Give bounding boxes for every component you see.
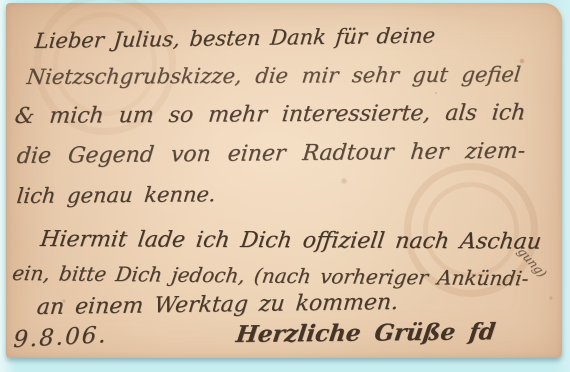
handwriting-line-8: an einem Werktag zu kommen. (36, 290, 400, 320)
handwriting-line-3: & mich um so mehr interessierte, als ich (14, 100, 527, 129)
date: 9.8.06. (13, 322, 109, 353)
handwriting-line-6: Hiermit lade ich Dich offiziell nach Asc… (39, 227, 543, 255)
handwriting-line-7: ein, bitte Dich jedoch, (nach vorheriger… (11, 261, 530, 290)
handwriting-line-1: Lieber Julius, besten Dank für deine (34, 23, 436, 53)
handwriting-line-4: die Gegend von einer Radtour her ziem- (16, 139, 527, 169)
scan-background: Lieber Julius, besten Dank für deine Nie… (0, 0, 570, 372)
signature-line: Herzliche Grüße fd (234, 318, 496, 348)
handwriting-line-5: lich genau kenne. (16, 182, 217, 208)
postcard: Lieber Julius, besten Dank für deine Nie… (6, 3, 562, 358)
handwriting-line-2: Nietzschgrubskizze, die mir sehr gut gef… (26, 62, 522, 89)
